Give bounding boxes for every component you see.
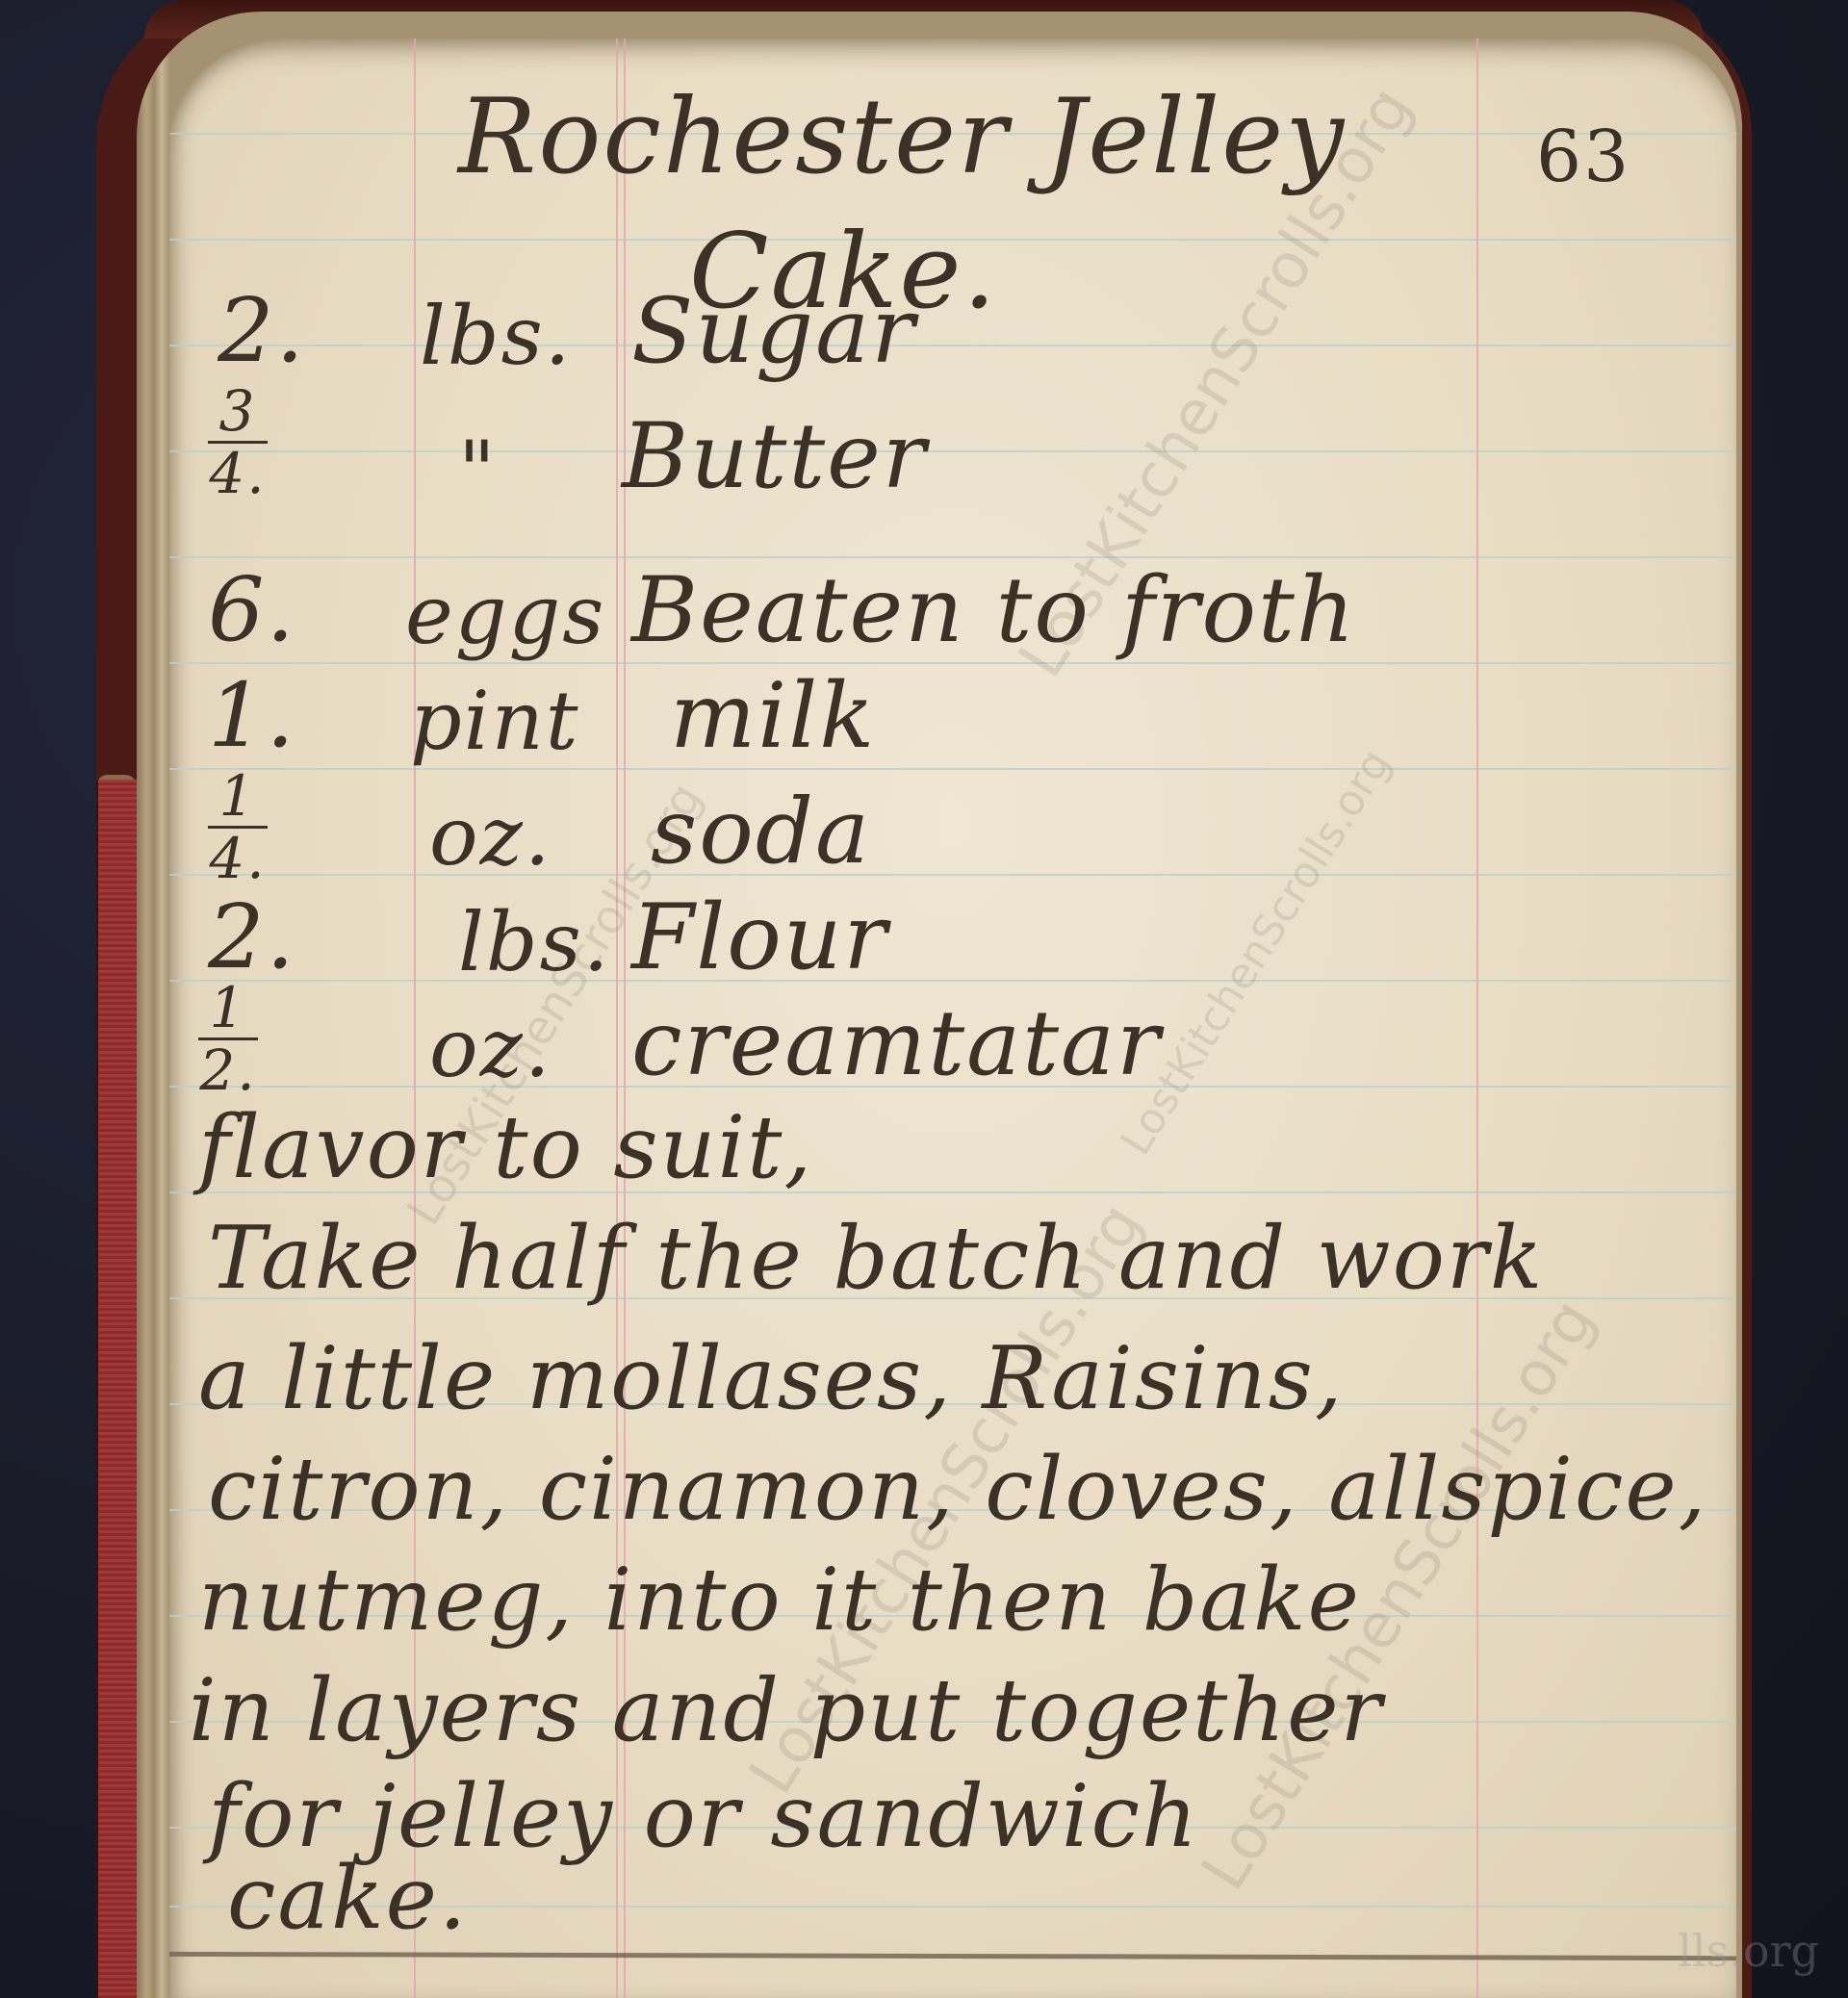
ingredient-unit: oz. bbox=[429, 789, 552, 884]
margin-line bbox=[1476, 38, 1478, 1998]
ingredient-qty-fraction: 3 4. bbox=[208, 385, 268, 499]
ingredient-unit: " bbox=[458, 423, 498, 518]
ingredient-item: creamtatar bbox=[631, 991, 1162, 1096]
ingredient-unit: oz. bbox=[429, 1001, 552, 1095]
fraction-denominator: 2. bbox=[199, 1037, 256, 1103]
ruled-line bbox=[169, 980, 1736, 982]
fraction-numerator: 1 bbox=[219, 763, 257, 829]
ingredient-qty: 2. bbox=[208, 885, 296, 988]
red-cloth-spine bbox=[96, 780, 139, 1998]
fraction-denominator: 4. bbox=[209, 826, 266, 891]
ruled-line bbox=[169, 345, 1736, 346]
instruction-line: nutmeg, into it then bake bbox=[198, 1550, 1361, 1651]
ingredient-qty: 2. bbox=[218, 279, 306, 382]
ruled-line bbox=[169, 768, 1736, 770]
ingredient-item: Butter bbox=[622, 404, 928, 509]
instruction-line: in layers and put together bbox=[189, 1660, 1384, 1761]
bottom-ink-rule bbox=[169, 1952, 1736, 1960]
ingredient-qty-fraction: 1 2. bbox=[198, 982, 258, 1096]
instruction-line: Take half the batch and work bbox=[208, 1208, 1544, 1309]
instruction-line: cake. bbox=[227, 1848, 468, 1949]
ruled-line bbox=[169, 874, 1736, 876]
instruction-line: a little mollases, Raisins, bbox=[198, 1328, 1344, 1429]
ingredient-qty-fraction: 1 4. bbox=[208, 770, 268, 884]
notebook-page: LostKitchenScrolls.org LostKitchenScroll… bbox=[169, 38, 1736, 1998]
ingredient-unit: eggs bbox=[405, 568, 605, 662]
instruction-line: citron, cinamon, cloves, allspice, bbox=[208, 1439, 1707, 1540]
watermark: LostKitchenScrolls.org bbox=[1111, 741, 1400, 1164]
ingredient-item: Beaten to froth bbox=[631, 558, 1356, 663]
ingredient-item: Sugar bbox=[631, 279, 916, 384]
instruction-line: flavor to suit, bbox=[198, 1097, 813, 1198]
ruled-line bbox=[169, 450, 1736, 452]
ingredient-item: Flour bbox=[631, 885, 888, 990]
fraction-numerator: 1 bbox=[210, 975, 247, 1040]
ingredient-qty: 6. bbox=[208, 558, 296, 661]
ingredient-unit: lbs. bbox=[420, 289, 572, 383]
ingredient-qty: 1. bbox=[208, 664, 296, 767]
page-number: 63 bbox=[1536, 115, 1630, 198]
fraction-numerator: 3 bbox=[219, 378, 257, 444]
ingredient-item: milk bbox=[670, 664, 876, 769]
recipe-title-line-1: Rochester Jelley bbox=[458, 77, 1346, 197]
ingredient-unit: pint bbox=[410, 674, 580, 768]
ingredient-item: soda bbox=[651, 780, 871, 884]
corner-watermark: lls.org bbox=[1678, 1925, 1819, 1977]
fraction-denominator: 4. bbox=[209, 441, 266, 506]
ingredient-unit: lbs. bbox=[458, 895, 610, 989]
